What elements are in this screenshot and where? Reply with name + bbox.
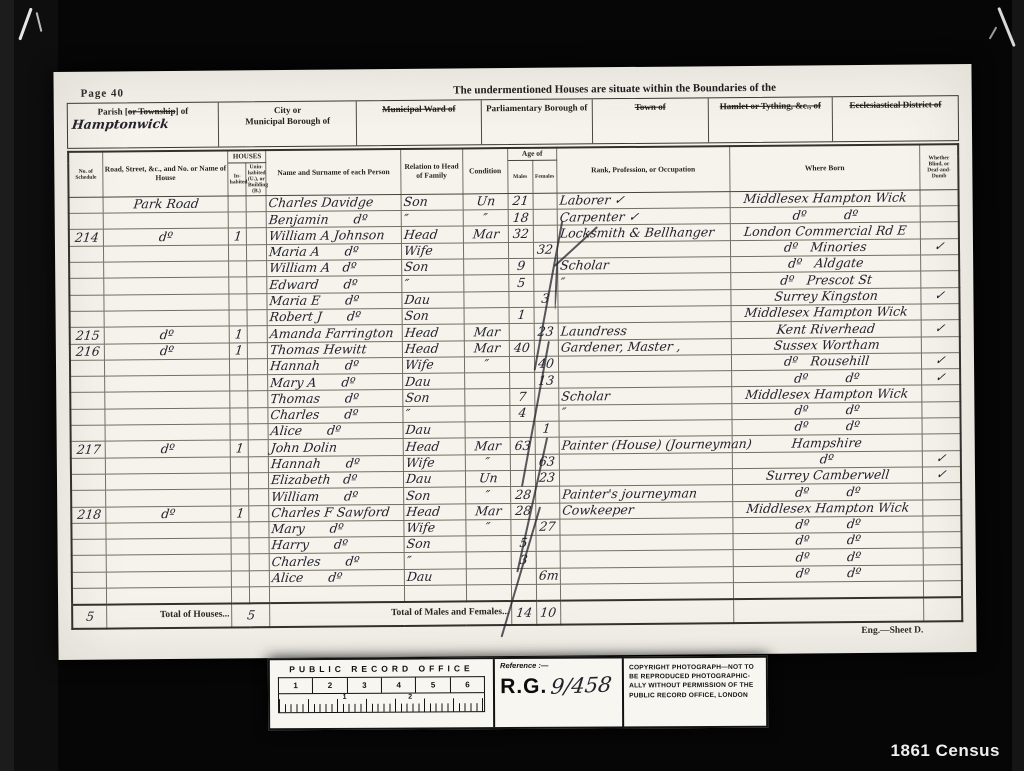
cell-infirmity (922, 418, 960, 435)
cell-name (270, 585, 405, 602)
cell-inhabited (231, 489, 249, 505)
cell-name: Mary dº (269, 520, 404, 537)
cell-occupation (560, 550, 733, 568)
cell-occupation (558, 306, 731, 324)
cell-inhabited (228, 196, 246, 212)
cell-road (105, 391, 230, 408)
cell-road (105, 408, 230, 425)
cell-occupation (560, 534, 733, 552)
census-year-label: 1861 Census (891, 742, 1000, 759)
cell-age-female: 3 (533, 291, 558, 308)
cell-name: Charles Davidge (266, 194, 401, 211)
females-total-value: 10 (540, 606, 557, 619)
cell-road: dº (105, 440, 230, 457)
cell-age-female: 63 (535, 454, 560, 471)
cell-name: Maria A dº (267, 243, 402, 260)
cell-occupation (560, 566, 733, 584)
cell-relation: Head (404, 503, 466, 520)
cell-uninhabited (247, 196, 267, 212)
cell-infirmity (921, 255, 959, 272)
cell-born: dº (732, 451, 923, 469)
cell-age-female (534, 405, 559, 422)
cell-occupation: ″ (559, 403, 732, 421)
col-occupation: Rank, Profession, or Occupation (557, 146, 730, 193)
col-uninhabited: Unin-habited (U.), or Building (B.) (246, 162, 266, 195)
cell-road (105, 473, 230, 490)
film-band-left (14, 0, 58, 771)
cell-age-male: 7 (510, 389, 535, 406)
cell-name: Edward dº (267, 276, 402, 293)
cell-age-male (509, 324, 534, 341)
cell-condition (465, 422, 511, 439)
cell-inhabited (229, 212, 247, 228)
cell-born: Surrey Camberwell (732, 467, 923, 485)
cell-road: dº (104, 326, 229, 343)
cell-condition (464, 307, 510, 324)
cell-road (103, 212, 228, 229)
cell-occupation: Painter's journeyman (560, 485, 733, 503)
pro-reference-strip: PUBLIC RECORD OFFICE 123456 1 2 Referenc… (268, 656, 768, 731)
cell-condition (466, 536, 512, 553)
cell-age-male: 18 (508, 209, 533, 226)
cell-name: Charles F Sawford (269, 504, 404, 521)
cell-occupation: Carpenter ✓ (557, 208, 730, 226)
cell-condition (463, 275, 509, 292)
cell-inhabited (230, 359, 248, 375)
cell-occupation (560, 583, 733, 601)
cell-road (106, 554, 231, 571)
header-field-label: Town of (635, 102, 666, 112)
houses-total-value: 5 (246, 609, 255, 622)
cell-schedule: 216 (70, 344, 105, 361)
ruler-number: 4 (382, 677, 416, 692)
cell-occupation (559, 371, 732, 389)
cell-road (104, 294, 229, 311)
cell-age-male: 5 (511, 535, 536, 552)
header-fields: Parish [or Township] ofHamptonwickCity o… (67, 95, 959, 149)
cell-condition: ″ (465, 454, 511, 471)
cell-age-male: 3 (511, 552, 536, 569)
cell-relation: Dau (402, 373, 464, 390)
cell-condition: Mar (464, 340, 510, 357)
cell-uninhabited (247, 244, 267, 260)
cell-schedule: 214 (69, 230, 104, 247)
cell-age-female (533, 258, 558, 275)
cell-condition (464, 405, 510, 422)
cell-infirmity (922, 434, 960, 451)
cell-age-female (533, 226, 558, 243)
cell-relation: Head (402, 340, 464, 357)
cell-age-female (535, 486, 560, 503)
cell-uninhabited (249, 440, 269, 456)
cell-born: London Commercial Rd E (730, 222, 921, 240)
cell-age-male (510, 454, 535, 471)
cell-occupation (559, 469, 732, 487)
cell-schedule: 218 (71, 507, 106, 524)
column-headers: No. of Schedule Road, Street, &c., and N… (68, 144, 958, 197)
cell-age-female: 32 (533, 242, 558, 259)
cell-road (104, 359, 229, 376)
total-houses-label: Total of Houses... (107, 603, 233, 628)
cell-condition (463, 242, 509, 259)
cell-occupation (559, 420, 732, 438)
cell-age-male: 5 (509, 275, 534, 292)
cell-occupation: ″ (558, 273, 731, 291)
cell-schedule (71, 523, 106, 540)
cell-uninhabited (249, 521, 269, 537)
cell-uninhabited (248, 375, 268, 391)
cell-age-female (536, 552, 561, 569)
cell-condition (466, 585, 512, 602)
cell-born: dº dº (733, 548, 924, 566)
cell-born: Middlesex Hampton Wick (730, 190, 921, 208)
cell-age-female: 40 (534, 356, 559, 373)
cell-age-female (536, 535, 561, 552)
film-scratch (989, 26, 998, 39)
cell-infirmity (924, 581, 962, 598)
cell-born: dº dº (732, 483, 923, 501)
cell-schedule (71, 474, 106, 491)
cell-schedule (71, 458, 106, 475)
header-field: Hamlet or Tything, &c., of (708, 97, 833, 142)
cell-relation (404, 585, 466, 602)
cell-age-male: 28 (511, 503, 536, 520)
cell-inhabited (230, 424, 248, 440)
cell-age-female: 1 (535, 421, 560, 438)
col-males: Males (508, 160, 533, 193)
ruler-number: 2 (313, 677, 347, 692)
cell-occupation (557, 240, 730, 258)
cell-infirmity (923, 515, 961, 532)
col-road: Road, Street, &c., and No. or Name of Ho… (103, 150, 229, 196)
header-field: Ecclesiastical District of (833, 96, 958, 141)
cell-born: dº dº (733, 532, 924, 550)
cell-born: dº Rousehill (731, 353, 922, 371)
cell-condition: ″ (464, 356, 510, 373)
cell-age-male: 40 (509, 340, 534, 357)
copyright-notice: COPYRIGHT PHOTOGRAPH—NOT TOBE REPRODUCED… (622, 658, 766, 727)
cell-condition (463, 259, 509, 276)
cell-infirmity (921, 304, 959, 321)
cell-condition: Un (463, 193, 509, 210)
ruler-sub-number: 2 (408, 693, 412, 700)
cell-infirmity (923, 499, 961, 516)
cell-infirmity (921, 271, 959, 288)
cell-uninhabited (250, 538, 270, 554)
col-houses: HOUSES (228, 150, 266, 162)
cell-condition: ″ (465, 487, 511, 504)
cell-inhabited: 1 (230, 326, 248, 342)
cell-inhabited (230, 375, 248, 391)
col-relation: Relation to Head of Family (400, 148, 462, 194)
copyright-line: PUBLIC RECORD OFFICE, LONDON (629, 690, 761, 700)
cell-inhabited (229, 310, 247, 326)
cell-relation: Wife (402, 357, 464, 374)
cell-relation: Wife (404, 520, 466, 537)
cell-uninhabited (250, 570, 270, 586)
cell-road: dº (106, 505, 231, 522)
cell-inhabited: 1 (230, 342, 248, 358)
cell-age-male: 28 (511, 487, 536, 504)
census-table: No. of Schedule Road, Street, &c., and N… (67, 143, 963, 630)
header-field-label: Hamlet or Tything, &c., of (720, 100, 821, 111)
cell-inhabited (232, 587, 250, 603)
cell-born: dº dº (732, 516, 923, 534)
header-field: Municipal Ward of (357, 100, 482, 145)
cell-infirmity: ✓ (922, 369, 960, 386)
cell-name: Hannah dº (269, 455, 404, 472)
cell-infirmity (922, 336, 960, 353)
cell-name: Alice dº (270, 569, 405, 586)
cell-road (106, 522, 231, 539)
cell-uninhabited (249, 505, 269, 521)
cell-infirmity (921, 222, 959, 239)
cell-age-female (534, 340, 559, 357)
header-field-label: Municipal Ward of (382, 104, 455, 115)
cell-age-female (533, 193, 558, 210)
cell-relation: Dau (403, 471, 465, 488)
cell-relation: Son (402, 308, 464, 325)
cell-name: William A Johnson (267, 227, 402, 244)
males-total-value: 14 (515, 607, 532, 620)
cell-born: Middlesex Hampton Wick (731, 385, 922, 403)
cell-age-female (536, 584, 561, 601)
cell-schedule (70, 311, 105, 328)
cell-relation: Son (403, 389, 465, 406)
cell-name: Robert J dº (267, 308, 402, 325)
cell-relation: Wife (401, 243, 463, 260)
film-edge-left (0, 0, 14, 771)
cell-road (105, 457, 230, 474)
cell-born: dº dº (733, 565, 924, 583)
cell-age-male (511, 568, 536, 585)
cell-uninhabited (250, 554, 270, 570)
cell-age-female: 23 (535, 470, 560, 487)
col-inhabited: In-habited (228, 162, 246, 195)
cell-inhabited (229, 293, 247, 309)
header-field-label: Parliamentary Borough of (486, 102, 587, 113)
cell-uninhabited (249, 489, 269, 505)
cell-infirmity (923, 483, 961, 500)
cell-occupation (558, 354, 731, 372)
cell-schedule (71, 490, 106, 507)
cell-uninhabited (248, 342, 268, 358)
cell-schedule (70, 376, 105, 393)
cell-relation: Dau (402, 292, 464, 309)
cell-occupation: Painter (House) (Journeyman) (559, 436, 732, 454)
ruler-number: 5 (416, 677, 450, 692)
cell-infirmity (920, 189, 958, 206)
header-field-label: City or Municipal Borough of (245, 105, 330, 126)
header-field-label: Parish [or Township] of (98, 106, 189, 117)
cell-infirmity: ✓ (923, 450, 961, 467)
cell-inhabited (231, 522, 249, 538)
cell-schedule (69, 246, 104, 263)
cell-inhabited (229, 245, 247, 261)
ruler-number: 3 (348, 677, 382, 692)
cell-name: Alice dº (268, 422, 403, 439)
census-table-body: Park RoadCharles DavidgeSonUn21Laborer ✓… (69, 189, 963, 604)
cell-infirmity (922, 385, 960, 402)
ruler-inches: 123456 (278, 676, 485, 693)
census-sheet: Page 40 The undermentioned Houses are si… (53, 64, 976, 660)
cell-condition (464, 389, 510, 406)
cell-schedule (69, 295, 104, 312)
cell-inhabited (231, 456, 249, 472)
cell-born: dº dº (732, 418, 923, 436)
cell-occupation (558, 289, 731, 307)
cell-born: dº dº (731, 402, 922, 420)
cell-born: dº Minories (730, 239, 921, 257)
col-infirmity: Whether Blind, or Deaf-and-Dumb (920, 144, 959, 190)
cell-condition: Mar (465, 503, 511, 520)
cell-age-male (508, 242, 533, 259)
cell-relation: Head (403, 438, 465, 455)
cell-uninhabited (247, 277, 267, 293)
cell-condition (463, 291, 509, 308)
reference-label: Reference :— (500, 661, 617, 669)
cell-condition (464, 373, 510, 390)
cell-inhabited (229, 261, 247, 277)
cell-condition: ″ (465, 519, 511, 536)
cell-name: Hannah dº (268, 357, 403, 374)
cell-relation: Dau (403, 422, 465, 439)
cell-uninhabited (248, 407, 268, 423)
cell-road (104, 277, 229, 294)
ruler-number: 1 (279, 678, 313, 693)
cell-occupation: Laundress (558, 322, 731, 340)
cell-schedule (70, 360, 105, 377)
cell-born: Hampshire (732, 434, 923, 452)
cell-name: Thomas dº (268, 390, 403, 407)
cell-age-male (509, 291, 534, 308)
cell-name: Maria E dº (267, 292, 402, 309)
cell-age-male (510, 470, 535, 487)
reference-series: R.G. (500, 675, 547, 696)
cell-condition (466, 552, 512, 569)
cell-name: Thomas Hewitt (268, 341, 403, 358)
cell-name: Charles dº (270, 553, 405, 570)
ruler-ticks: 1 2 (278, 692, 485, 713)
cell-inhabited: 1 (229, 228, 247, 244)
cell-name: Elizabeth dº (269, 471, 404, 488)
cell-inhabited (230, 408, 248, 424)
cell-uninhabited (247, 293, 267, 309)
cell-uninhabited (249, 424, 269, 440)
cell-inhabited (229, 277, 247, 293)
cell-born: dº dº (731, 369, 922, 387)
cell-born: Middlesex Hampton Wick (731, 304, 922, 322)
cell-uninhabited (248, 358, 268, 374)
cell-condition: Mar (463, 226, 509, 243)
cell-inhabited (231, 538, 249, 554)
cell-age-male: 63 (510, 438, 535, 455)
total-males-females-label: Total of Males and Females... (270, 601, 512, 627)
cell-age-male (511, 519, 536, 536)
cell-condition: ″ (463, 210, 509, 227)
header-field-label: Ecclesiastical District of (849, 99, 941, 110)
cell-schedule (72, 539, 107, 556)
cell-name: Benjamin dº (267, 211, 402, 228)
cell-schedule (69, 197, 104, 214)
cell-infirmity (923, 548, 961, 565)
ruler-sub-number: 1 (343, 693, 347, 700)
col-condition: Condition (462, 148, 508, 194)
cell-uninhabited (248, 326, 268, 342)
cell-schedule (70, 409, 105, 426)
cell-road (105, 424, 230, 441)
cell-uninhabited (249, 473, 269, 489)
cell-infirmity (920, 206, 958, 223)
cell-age-male: 4 (510, 405, 535, 422)
cell-inhabited (231, 473, 249, 489)
page-number: Page 40 (67, 87, 271, 100)
cell-age-male: 1 (509, 307, 534, 324)
cell-age-female (534, 307, 559, 324)
cell-age-male (511, 584, 536, 601)
cell-born: dº Prescot St (730, 271, 921, 289)
cell-relation: ″ (401, 210, 463, 227)
header-field-value: Hamptonwick (71, 118, 219, 132)
cell-schedule (72, 555, 107, 572)
cell-age-female: 23 (534, 323, 559, 340)
cell-uninhabited (248, 391, 268, 407)
cell-name: Harry dº (269, 537, 404, 554)
cell-infirmity: ✓ (922, 352, 960, 369)
cell-occupation: Gardener, Master , (558, 338, 731, 356)
cell-uninhabited (247, 261, 267, 277)
col-females: Females (532, 160, 557, 193)
cell-road (103, 245, 228, 262)
cell-uninhabited (247, 228, 267, 244)
cell-infirmity (923, 532, 961, 549)
col-name: Name and Surname of each Person (266, 149, 401, 196)
cell-name: John Dolin (269, 439, 404, 456)
pro-title: PUBLIC RECORD OFFICE (278, 664, 485, 674)
cell-age-female (535, 437, 560, 454)
cell-schedule (69, 213, 104, 230)
header-field: Parish [or Township] ofHamptonwick (68, 103, 220, 148)
cell-inhabited: 1 (231, 440, 249, 456)
houses-total-margin: 5 (85, 610, 94, 623)
cell-uninhabited (248, 310, 268, 326)
cell-name: Mary A dº (268, 374, 403, 391)
copyright-line: ALLY WITHOUT PERMISSION OF THE (629, 681, 761, 691)
col-age: Age of (508, 148, 557, 161)
cell-inhabited (230, 391, 248, 407)
ruler-number: 6 (451, 677, 484, 692)
cell-infirmity: ✓ (921, 287, 959, 304)
cell-age-female (535, 503, 560, 520)
cell-age-female: 27 (535, 519, 560, 536)
cell-occupation: Scholar (559, 387, 732, 405)
cell-occupation: Scholar (558, 257, 731, 275)
cell-schedule (72, 588, 107, 605)
cell-occupation: Cowkeeper (560, 501, 733, 519)
cell-infirmity: ✓ (921, 320, 959, 337)
cell-condition: Mar (465, 438, 511, 455)
cell-relation: ″ (402, 275, 464, 292)
header-field: Parliamentary Borough of (482, 99, 594, 144)
cell-infirmity: ✓ (921, 238, 959, 255)
cell-schedule (72, 572, 107, 589)
cell-road (106, 571, 231, 588)
cell-schedule (69, 262, 104, 279)
cell-schedule (71, 425, 106, 442)
cell-road (106, 489, 231, 506)
cell-road (106, 587, 231, 604)
cell-relation: Son (403, 487, 465, 504)
